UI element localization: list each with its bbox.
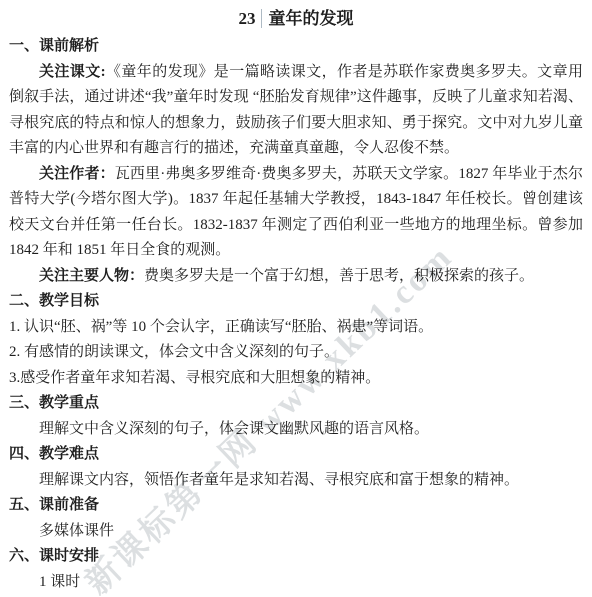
teaching-key-points-body: 理解文中含义深刻的句子，体会课文幽默风趣的语言风格。 bbox=[9, 417, 583, 443]
paragraph-main-character-body: 费奥多罗夫是一个富于幻想，善于思考，积极探索的孩子。 bbox=[144, 268, 534, 284]
section-heading-pre-class-preparation: 五、课前准备 bbox=[9, 493, 583, 519]
class-schedule-body: 1 课时 bbox=[9, 570, 583, 596]
document-title: 23童年的发现 bbox=[9, 5, 583, 32]
section-heading-teaching-key-points: 三、教学重点 bbox=[9, 391, 583, 417]
paragraph-course-focus-label: 关注课文: bbox=[39, 64, 106, 80]
document-page: 新课标第一网 www.xkb1.com 23童年的发现 一、课前解析 关注课文:… bbox=[0, 0, 592, 597]
paragraph-author-focus-label: 关注作者： bbox=[39, 166, 115, 182]
lesson-number: 23 bbox=[239, 9, 256, 28]
objective-item-1: 1. 认识“胚、祸”等 10 个会认字，正确读写“胚胎、祸患”等词语。 bbox=[9, 315, 583, 341]
paragraph-main-character-focus: 关注主要人物：费奥多罗夫是一个富于幻想，善于思考，积极探索的孩子。 bbox=[9, 264, 583, 290]
document-content: 23童年的发现 一、课前解析 关注课文:《童年的发现》是一篇略读课文，作者是苏联… bbox=[0, 0, 592, 595]
section-heading-class-schedule: 六、课时安排 bbox=[9, 544, 583, 570]
section-heading-teaching-difficulties: 四、教学难点 bbox=[9, 442, 583, 468]
paragraph-author-focus: 关注作者：瓦西里·弗奥多罗维奇·费奥多罗夫，苏联天文学家。1827 年毕业于杰尔… bbox=[9, 162, 583, 264]
teaching-difficulties-body: 理解课文内容，领悟作者童年是求知若渴、寻根究底和富于想象的精神。 bbox=[9, 468, 583, 494]
objective-item-2: 2. 有感情的朗读课文，体会文中含义深刻的句子。 bbox=[9, 340, 583, 366]
section-heading-teaching-objectives: 二、教学目标 bbox=[9, 289, 583, 315]
paragraph-main-character-label: 关注主要人物： bbox=[39, 268, 144, 284]
section-heading-pre-class-analysis: 一、课前解析 bbox=[9, 34, 583, 60]
objective-item-3: 3.感受作者童年求知若渴、寻根究底和大胆想象的精神。 bbox=[9, 366, 583, 392]
paragraph-course-focus: 关注课文:《童年的发现》是一篇略读课文，作者是苏联作家费奥多罗夫。文章用倒叙手法… bbox=[9, 60, 583, 162]
lesson-title-text: 童年的发现 bbox=[261, 9, 354, 28]
pre-class-preparation-body: 多媒体课件 bbox=[9, 519, 583, 545]
